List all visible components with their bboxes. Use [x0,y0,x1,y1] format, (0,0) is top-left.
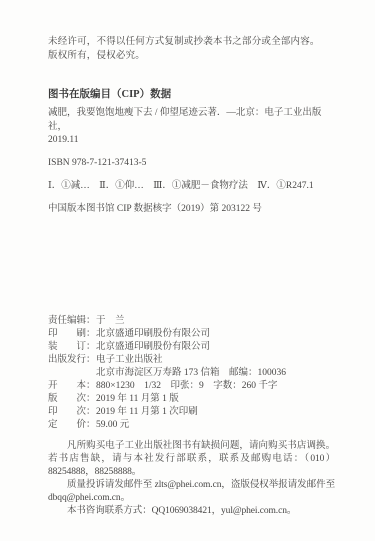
publication-row-format: 开 本： 880×1230 1/32 印张：9 字数：260 千字 [48,380,335,393]
publication-row-value: 2019 年 11 月第 1 次印刷 [96,406,198,419]
copyright-notice-line-2: 版权所有，侵权必究。 [48,50,335,64]
cip-registry-number: 中国版本图书馆 CIP 数据核字（2019）第 203122 号 [48,203,335,217]
publication-row-price: 定 价： 59.00 元 [48,419,335,432]
publication-row-value: 2019 年 11 月第 1 版 [96,393,179,406]
publication-row-binder: 装 订： 北京盛通印刷股份有限公司 [48,341,335,354]
publication-row-printer: 印 刷： 北京盛通印刷股份有限公司 [48,328,335,341]
publication-row-publisher: 出版发行： 电子工业出版社 [48,354,335,367]
publication-row-value: 北京盛通印刷股份有限公司 [96,328,210,341]
publication-row-label: 印 刷： [48,328,96,341]
publication-row-value: 电子工业出版社 [96,354,163,367]
cip-record-line-2: 2019.11 [48,134,335,148]
cip-classification: Ⅰ．①减… Ⅱ．①仰… Ⅲ．①减肥－食物疗法 Ⅳ．①R247.1 [48,180,335,194]
service-notes: 凡所购买电子工业出版社图书有缺损问题，请向购买书店调换。若书店售缺，请与本社发行… [48,440,335,518]
publication-row-label: 装 订： [48,341,96,354]
publication-row-address: 北京市海淀区万寿路 173 信箱 邮编：100036 [48,367,335,380]
service-note-replacement: 凡所购买电子工业出版社图书有缺损问题，请向购买书店调换。若书店售缺，请与本社发行… [48,440,335,479]
publication-row-value: 北京市海淀区万寿路 173 信箱 邮编：100036 [96,367,286,380]
publication-row-label: 定 价： [48,419,96,432]
copyright-notice-line-1: 未经许可，不得以任何方式复制或抄袭本书之部分或全部内容。 [48,36,335,50]
publication-row-edition: 版 次： 2019 年 11 月第 1 版 [48,393,335,406]
cip-record-line-1: 减肥，我要饱饱地瘦下去 / 仰望尾迹云著．—北京：电子工业出版社， [48,107,335,134]
book-copyright-page: 未经许可，不得以任何方式复制或抄袭本书之部分或全部内容。 版权所有，侵权必究。 … [0,0,375,541]
publication-row-label: 出版发行： [48,354,96,367]
cip-record: 减肥，我要饱饱地瘦下去 / 仰望尾迹云著．—北京：电子工业出版社， 2019.1… [48,107,335,148]
publication-row-label: 版 次： [48,393,96,406]
publication-row-label [48,367,96,380]
service-note-complaints: 质量投诉请发邮件至 zlts@phei.com.cn，盗版侵权举报请发邮件至 d… [48,479,335,505]
cip-data-section: 图书在版编目（CIP）数据 减肥，我要饱饱地瘦下去 / 仰望尾迹云著．—北京：电… [48,88,335,216]
publication-row-value: 北京盛通印刷股份有限公司 [96,341,210,354]
publication-row-label: 责任编辑： [48,315,96,328]
publication-info: 责任编辑： 于 兰 印 刷： 北京盛通印刷股份有限公司 装 订： 北京盛通印刷股… [48,315,335,432]
service-note-contact: 本书咨询联系方式：QQ1069038421，yul@phei.com.cn。 [48,505,335,518]
publication-row-editor: 责任编辑： 于 兰 [48,315,335,328]
publication-row-value: 于 兰 [96,315,125,328]
copyright-notice: 未经许可，不得以任何方式复制或抄袭本书之部分或全部内容。 版权所有，侵权必究。 [48,36,335,63]
publication-row-label: 印 次： [48,406,96,419]
isbn-number: ISBN 978-7-121-37413-5 [48,157,335,171]
publication-row-label: 开 本： [48,380,96,393]
publication-row-value: 59.00 元 [96,419,129,432]
publication-row-value: 880×1230 1/32 印张：9 字数：260 千字 [96,380,277,393]
publication-row-impression: 印 次： 2019 年 11 月第 1 次印刷 [48,406,335,419]
cip-heading: 图书在版编目（CIP）数据 [48,88,335,102]
